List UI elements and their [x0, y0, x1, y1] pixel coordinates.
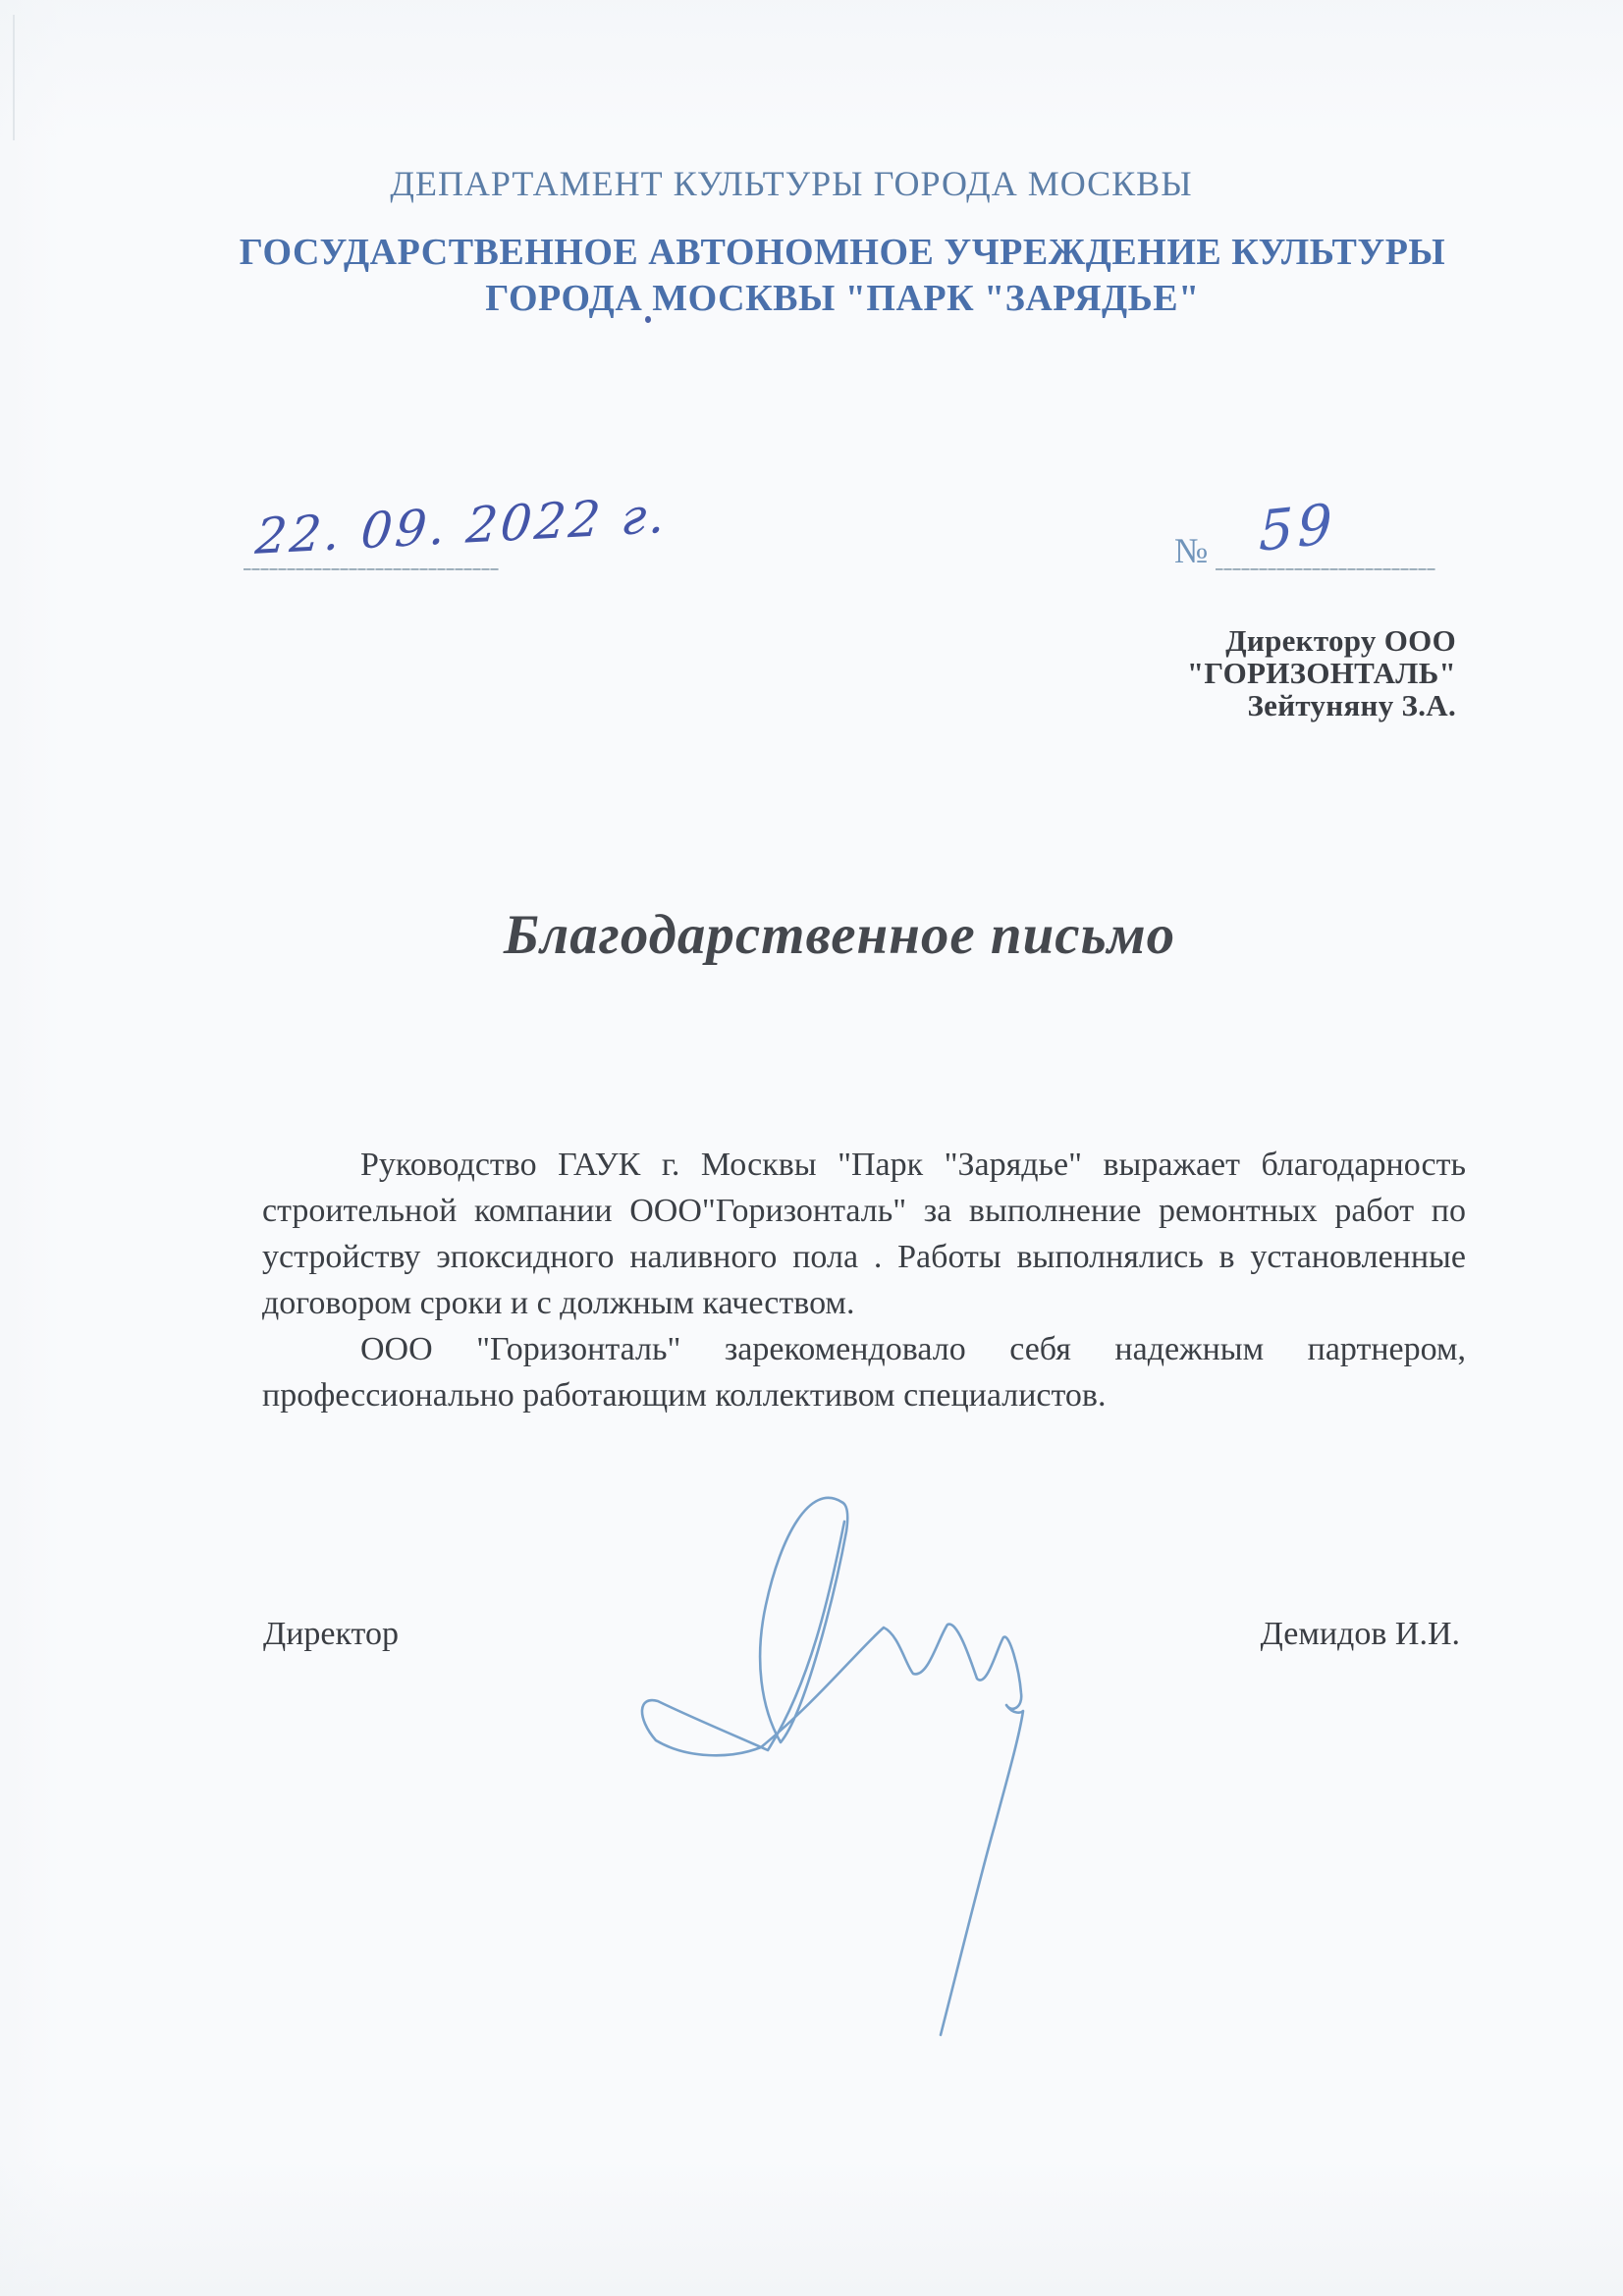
scan-edge-artifact [13, 15, 15, 140]
handwritten-number: 59 [1259, 492, 1336, 564]
handwritten-signature-icon [599, 1477, 1041, 2052]
recipient-line-person: Зейтуняну З.А. [1187, 689, 1456, 721]
organization-name-line1: ГОСУДАРСТВЕННОЕ АВТОНОМНОЕ УЧРЕЖДЕНИЕ КУ… [62, 230, 1623, 276]
body-paragraph-1: Руководство ГАУК г. Москвы "Парк "Зарядь… [262, 1142, 1466, 1326]
signer-position-label: Директор [263, 1616, 399, 1653]
organization-name-line2: ГОРОДА МОСКВЫ "ПАРК "ЗАРЯДЬЕ" [62, 276, 1623, 322]
organization-name: ГОСУДАРСТВЕННОЕ АВТОНОМНОЕ УЧРЕЖДЕНИЕ КУ… [62, 230, 1623, 322]
letter-page: ДЕПАРТАМЕНТ КУЛЬТУРЫ ГОРОДА МОСКВЫ ГОСУД… [0, 0, 1623, 2296]
recipient-block: Директору ООО "ГОРИЗОНТАЛЬ" Зейтуняну З.… [1187, 624, 1456, 721]
handwritten-date: 22. 09. 2022 г. [253, 487, 671, 565]
letter-body: Руководство ГАУК г. Москвы "Парк "Зарядь… [262, 1142, 1466, 1418]
signer-name: Демидов И.И. [1261, 1616, 1460, 1653]
letter-title: Благодарственное письмо [54, 903, 1623, 967]
body-paragraph-2: ООО "Горизонталь" зарекомендовало себя н… [262, 1326, 1466, 1418]
department-heading: ДЕПАРТАМЕНТ КУЛЬТУРЫ ГОРОДА МОСКВЫ [0, 163, 1583, 204]
date-underline [243, 568, 499, 570]
recipient-line-position: Директору ООО [1187, 624, 1456, 657]
recipient-line-company: "ГОРИЗОНТАЛЬ" [1187, 657, 1456, 689]
number-underline [1216, 568, 1435, 570]
ink-dot-artifact [645, 316, 651, 323]
number-sign: № [1174, 530, 1208, 571]
